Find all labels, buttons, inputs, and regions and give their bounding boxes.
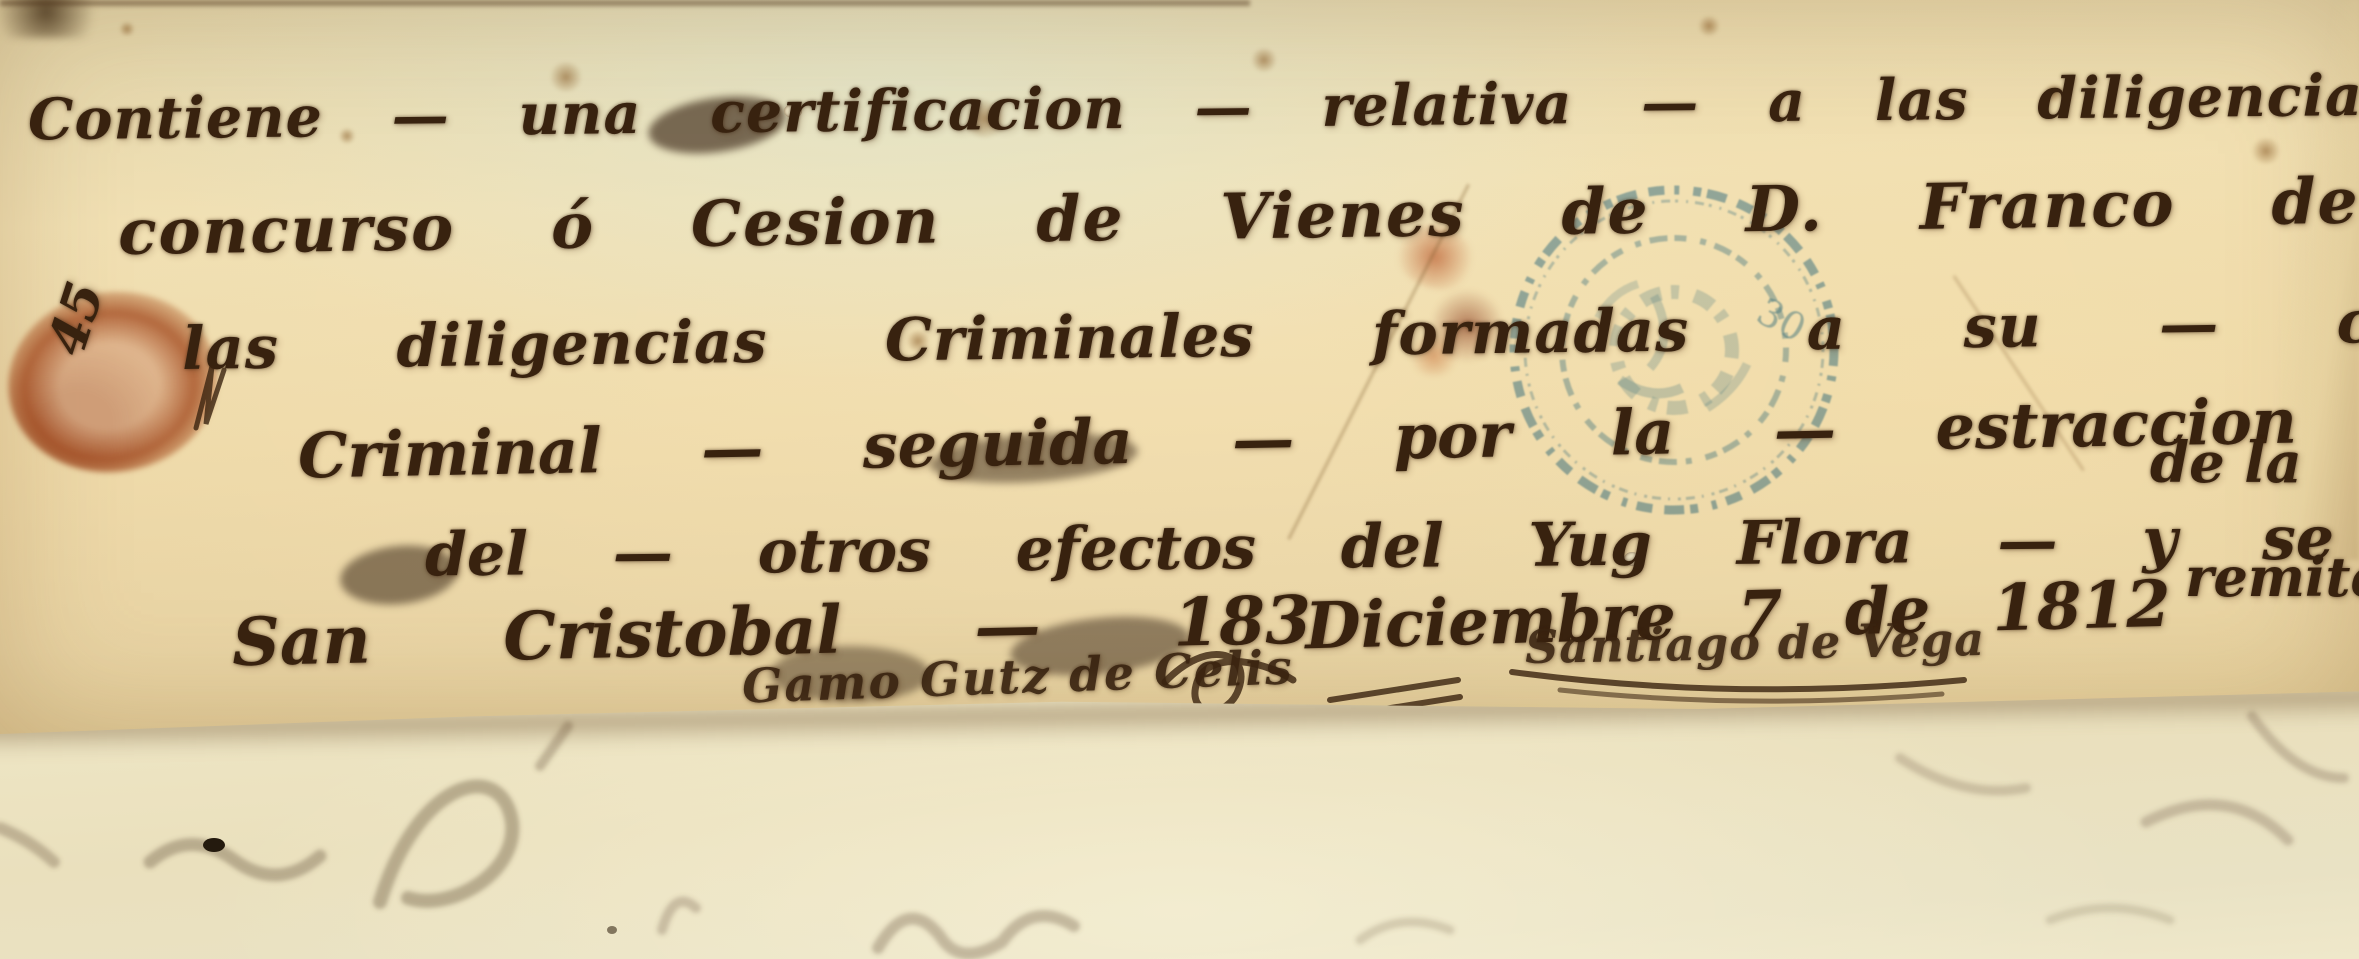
foxing-spot xyxy=(1697,16,1721,36)
handwriting-line-fragment: de la xyxy=(2150,430,2302,496)
handwriting-line-fragment: remite xyxy=(2185,545,2359,609)
paper-hole-dark xyxy=(203,838,225,852)
manuscript-photo: 30 Contiene — una certificacion — relati… xyxy=(0,0,2359,959)
foxing-spot xyxy=(2250,138,2282,164)
paper-edge-line xyxy=(0,0,1250,6)
foxing-spot xyxy=(118,22,136,36)
manuscript-page: 30 Contiene — una certificacion — relati… xyxy=(0,0,2359,734)
handwriting-line: las diligencias Criminales formadas a su… xyxy=(182,282,2359,383)
handwriting-line: concurso ó Cesion de Vienes de D. Franco… xyxy=(118,157,2359,269)
foxing-spot xyxy=(1250,48,1278,72)
signature: Santiago de Vega xyxy=(1525,612,1986,674)
handwriting-line: Criminal — seguida — por la — estraccion xyxy=(298,385,2298,493)
handwriting-line: Contiene — una certificacion — relativa … xyxy=(28,62,2359,154)
